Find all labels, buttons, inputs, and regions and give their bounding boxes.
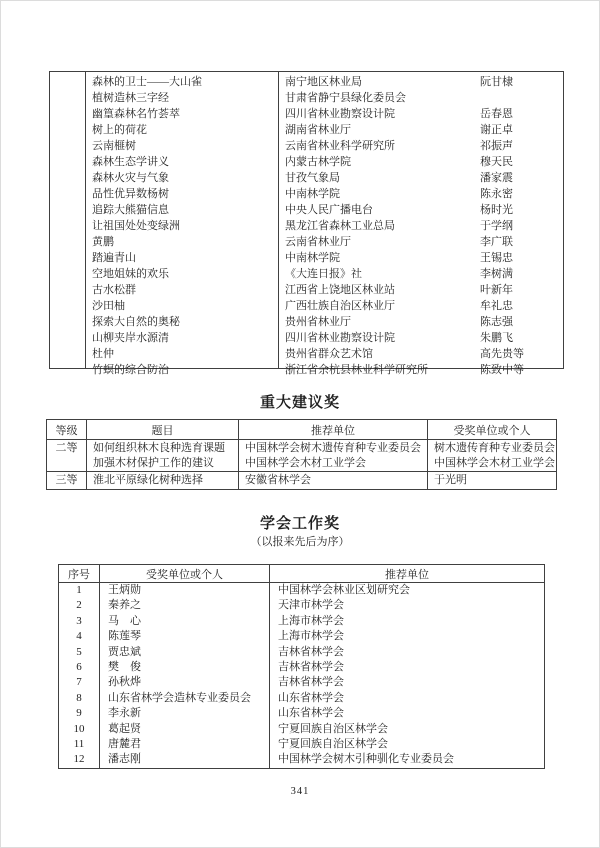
awardee-cell: 秦养之	[100, 598, 270, 613]
grade-cell: 三等	[47, 472, 87, 490]
table-row: 4陈莲琴上海市林学会	[59, 629, 545, 644]
society-work-tbody: 1王炳勋中国林学会林业区划研究会2秦养之天津市林学会3马 心上海市林学会4陈莲琴…	[59, 583, 545, 769]
table-row: 追踪大熊猫信息中央人民广播电台杨时光	[50, 201, 563, 217]
awardee-cell: 王炳勋	[100, 583, 270, 599]
title-cell: 踏遍青山	[85, 249, 278, 265]
unit-cell: 浙江省余杭县林业科学研究所	[278, 361, 480, 377]
table-row: 三等淮北平原绿化树种选择安徽省林学会于光明	[47, 472, 557, 490]
number-cell: 9	[59, 706, 100, 721]
header-awardee: 受奖单位或个人	[100, 565, 270, 583]
table-row: 踏遍青山中南林学院王锡忠	[50, 249, 563, 265]
title-cell: 品性优异数杨树	[85, 185, 278, 201]
number-cell: 12	[59, 752, 100, 768]
title-cell: 山柳夹岸水源清	[85, 329, 278, 345]
name-cell: 于学纲	[480, 217, 563, 233]
recommender-cell: 宁夏回族自治区林学会	[270, 722, 545, 737]
recommender-cell: 宁夏回族自治区林学会	[270, 737, 545, 752]
table-row: 竹螟的综合防治浙江省余杭县林业科学研究所陈致中等	[50, 361, 563, 377]
header-number: 序号	[59, 565, 100, 583]
topic-line: 加强木材保护工作的建议	[93, 456, 234, 471]
recommender-cell: 天津市林学会	[270, 598, 545, 613]
table-row: 树上的荷花湖南省林业厅谢正卓	[50, 121, 563, 137]
topic-cell: 如何组织林木良种选育课题加强木材保护工作的建议	[87, 440, 239, 472]
unit-cell: 四川省林业勘察设计院	[278, 105, 480, 121]
title-cell: 植树造林三字经	[85, 89, 278, 105]
number-cell: 2	[59, 598, 100, 613]
awardee-line: 树木遗传育种专业委员会	[434, 441, 552, 456]
recommender-cell: 吉林省林学会	[270, 675, 545, 690]
table-row: 植树造林三字经甘肃省静宁县绿化委员会	[50, 89, 563, 105]
topic-line: 如何组织林木良种选育课题	[93, 441, 234, 456]
unit-cell: 贵州省群众艺术馆	[278, 345, 480, 361]
number-cell: 6	[59, 660, 100, 675]
name-cell: 李树满	[480, 265, 563, 281]
recommender-cell: 吉林省林学会	[270, 645, 545, 660]
grade-cell: 二等	[47, 440, 87, 472]
recommender-cell: 安徽省林学会	[239, 472, 428, 490]
awardee-cell: 葛起贤	[100, 722, 270, 737]
recommender-cell: 上海市林学会	[270, 629, 545, 644]
unit-cell: 中南林学院	[278, 185, 480, 201]
table-row: 二等如何组织林木良种选育课题加强木材保护工作的建议中国林学会树木遗传育种专业委员…	[47, 440, 557, 472]
awardee-cell: 山东省林学会造林专业委员会	[100, 691, 270, 706]
name-cell: 朱鹏飞	[480, 329, 563, 345]
number-cell: 5	[59, 645, 100, 660]
unit-cell: 内蒙古林学院	[278, 153, 480, 169]
number-cell: 8	[59, 691, 100, 706]
unit-cell: 云南省林业科学研究所	[278, 137, 480, 153]
number-cell: 4	[59, 629, 100, 644]
recommender-cell: 中国林学会树木引种驯化专业委员会	[270, 752, 545, 768]
number-cell: 3	[59, 614, 100, 629]
awardee-cell: 贾忠斌	[100, 645, 270, 660]
unit-cell: 甘孜气象局	[278, 169, 480, 185]
table-row: 幽篁森林名竹荟萃四川省林业勘察设计院岳春恩	[50, 105, 563, 121]
recommender-cell: 中国林学会树木遗传育种专业委员会中国林学会木材工业学会	[239, 440, 428, 472]
unit-cell: 云南省林业厅	[278, 233, 480, 249]
title-cell: 黄鹏	[85, 233, 278, 249]
name-cell: 牟礼忠	[480, 297, 563, 313]
table-row: 7孙秋烨吉林省林学会	[59, 675, 545, 690]
table-row: 1王炳勋中国林学会林业区划研究会	[59, 583, 545, 599]
continued-awards-table: 森林的卫士——大山雀南宁地区林业局阮甘棣植树造林三字经甘肃省静宁县绿化委员会幽篁…	[49, 71, 564, 369]
table-row: 11唐麓君宁夏回族自治区林学会	[59, 737, 545, 752]
table-row: 沙田柚广西壮族自治区林业厅牟礼忠	[50, 297, 563, 313]
unit-cell: 中央人民广播电台	[278, 201, 480, 217]
awardee-cell: 树木遗传育种专业委员会中国林学会木材工业学会	[428, 440, 557, 472]
title-cell: 空地姐妹的欢乐	[85, 265, 278, 281]
table-row: 森林生态学讲义内蒙古林学院穆天民	[50, 153, 563, 169]
unit-cell: 甘肃省静宁县绿化委员会	[278, 89, 480, 105]
table-row: 山柳夹岸水源清四川省林业勘察设计院朱鹏飞	[50, 329, 563, 345]
table-row: 2秦养之天津市林学会	[59, 598, 545, 613]
table-row: 杜仲贵州省群众艺术馆高先贵等	[50, 345, 563, 361]
title-cell: 追踪大熊猫信息	[85, 201, 278, 217]
title-cell: 让祖国处处变绿洲	[85, 217, 278, 233]
continued-awards-rows: 森林的卫士——大山雀南宁地区林业局阮甘棣植树造林三字经甘肃省静宁县绿化委员会幽篁…	[50, 72, 563, 368]
number-cell: 1	[59, 583, 100, 599]
table-row: 空地姐妹的欢乐《大连日报》社李树满	[50, 265, 563, 281]
table-row: 森林的卫士——大山雀南宁地区林业局阮甘棣	[50, 73, 563, 89]
title-cell: 森林生态学讲义	[85, 153, 278, 169]
table-row: 8山东省林学会造林专业委员会山东省林学会	[59, 691, 545, 706]
society-work-award-heading: 学会工作奖	[1, 512, 599, 533]
unit-cell: 贵州省林业厅	[278, 313, 480, 329]
header-topic: 题目	[87, 420, 239, 440]
unit-cell: 湖南省林业厅	[278, 121, 480, 137]
header-recommender: 推荐单位	[270, 565, 545, 583]
awardee-cell: 潘志刚	[100, 752, 270, 768]
header-grade: 等级	[47, 420, 87, 440]
major-suggestion-award-heading: 重大建议奖	[1, 391, 599, 412]
society-work-award-subtitle: （以报来先后为序）	[1, 533, 599, 549]
number-cell: 10	[59, 722, 100, 737]
title-cell: 沙田柚	[85, 297, 278, 313]
header-awardee: 受奖单位或个人	[428, 420, 557, 440]
awardee-cell: 于光明	[428, 472, 557, 490]
unit-cell: 四川省林业勘察设计院	[278, 329, 480, 345]
page-number: 341	[1, 786, 599, 797]
awardee-cell: 樊 俊	[100, 660, 270, 675]
unit-cell: 中南林学院	[278, 249, 480, 265]
header-recommender: 推荐单位	[239, 420, 428, 440]
name-cell: 潘家震	[480, 169, 563, 185]
awardee-cell: 李永新	[100, 706, 270, 721]
table-row: 9李永新山东省林学会	[59, 706, 545, 721]
recommender-cell: 山东省林学会	[270, 706, 545, 721]
name-cell: 陈致中等	[480, 361, 563, 377]
unit-cell: 广西壮族自治区林业厅	[278, 297, 480, 313]
recommender-cell: 吉林省林学会	[270, 660, 545, 675]
name-cell: 陈志强	[480, 313, 563, 329]
recommender-line: 中国林学会树木遗传育种专业委员会	[245, 441, 423, 456]
title-cell: 竹螟的综合防治	[85, 361, 278, 377]
name-cell: 杨时光	[480, 201, 563, 217]
table-row: 森林火灾与气象甘孜气象局潘家震	[50, 169, 563, 185]
number-cell: 7	[59, 675, 100, 690]
name-cell: 祁振声	[480, 137, 563, 153]
recommender-cell: 中国林学会林业区划研究会	[270, 583, 545, 599]
recommender-line: 中国林学会木材工业学会	[245, 456, 423, 471]
awardee-line: 中国林学会木材工业学会	[434, 456, 552, 471]
name-cell: 岳春恩	[480, 105, 563, 121]
table-header-row: 等级 题目 推荐单位 受奖单位或个人	[47, 420, 557, 440]
society-work-table: 序号 受奖单位或个人 推荐单位 1王炳勋中国林学会林业区划研究会2秦养之天津市林…	[58, 564, 545, 769]
table-row: 6樊 俊吉林省林学会	[59, 660, 545, 675]
title-cell: 云南榧树	[85, 137, 278, 153]
recommender-cell: 上海市林学会	[270, 614, 545, 629]
table-row: 让祖国处处变绿洲黑龙江省森林工业总局于学纲	[50, 217, 563, 233]
unit-cell: 江西省上饶地区林业站	[278, 281, 480, 297]
table-row: 探索大自然的奥秘贵州省林业厅陈志强	[50, 313, 563, 329]
recommender-line: 安徽省林学会	[245, 473, 423, 488]
name-cell: 叶新年	[480, 281, 563, 297]
number-cell: 11	[59, 737, 100, 752]
table-row: 10葛起贤宁夏回族自治区林学会	[59, 722, 545, 737]
unit-cell: 黑龙江省森林工业总局	[278, 217, 480, 233]
document-page: 森林的卫士——大山雀南宁地区林业局阮甘棣植树造林三字经甘肃省静宁县绿化委员会幽篁…	[0, 0, 600, 848]
name-cell: 穆天民	[480, 153, 563, 169]
name-cell: 陈永密	[480, 185, 563, 201]
major-suggestion-table: 等级 题目 推荐单位 受奖单位或个人 二等如何组织林木良种选育课题加强木材保护工…	[46, 419, 557, 490]
name-cell: 王锡忠	[480, 249, 563, 265]
table-row: 云南榧树云南省林业科学研究所祁振声	[50, 137, 563, 153]
title-cell: 森林的卫士——大山雀	[85, 73, 278, 89]
title-cell: 古水松群	[85, 281, 278, 297]
table-row: 黄鹏云南省林业厅李广联	[50, 233, 563, 249]
title-cell: 幽篁森林名竹荟萃	[85, 105, 278, 121]
major-suggestion-tbody: 二等如何组织林木良种选育课题加强木材保护工作的建议中国林学会树木遗传育种专业委员…	[47, 440, 557, 490]
topic-cell: 淮北平原绿化树种选择	[87, 472, 239, 490]
awardee-cell: 陈莲琴	[100, 629, 270, 644]
title-cell: 森林火灾与气象	[85, 169, 278, 185]
unit-cell: 《大连日报》社	[278, 265, 480, 281]
awardee-cell: 唐麓君	[100, 737, 270, 752]
table-row: 品性优异数杨树中南林学院陈永密	[50, 185, 563, 201]
table-row: 3马 心上海市林学会	[59, 614, 545, 629]
name-cell: 高先贵等	[480, 345, 563, 361]
table-row: 古水松群江西省上饶地区林业站叶新年	[50, 281, 563, 297]
title-cell: 树上的荷花	[85, 121, 278, 137]
unit-cell: 南宁地区林业局	[278, 73, 480, 89]
name-cell: 谢正卓	[480, 121, 563, 137]
topic-line: 淮北平原绿化树种选择	[93, 473, 234, 488]
title-cell: 杜仲	[85, 345, 278, 361]
awardee-cell: 马 心	[100, 614, 270, 629]
recommender-cell: 山东省林学会	[270, 691, 545, 706]
table-header-row: 序号 受奖单位或个人 推荐单位	[59, 565, 545, 583]
table-row: 5贾忠斌吉林省林学会	[59, 645, 545, 660]
title-cell: 探索大自然的奥秘	[85, 313, 278, 329]
table-row: 12潘志刚中国林学会树木引种驯化专业委员会	[59, 752, 545, 768]
awardee-cell: 孙秋烨	[100, 675, 270, 690]
name-cell: 阮甘棣	[480, 73, 563, 89]
awardee-line: 于光明	[434, 473, 552, 488]
name-cell: 李广联	[480, 233, 563, 249]
